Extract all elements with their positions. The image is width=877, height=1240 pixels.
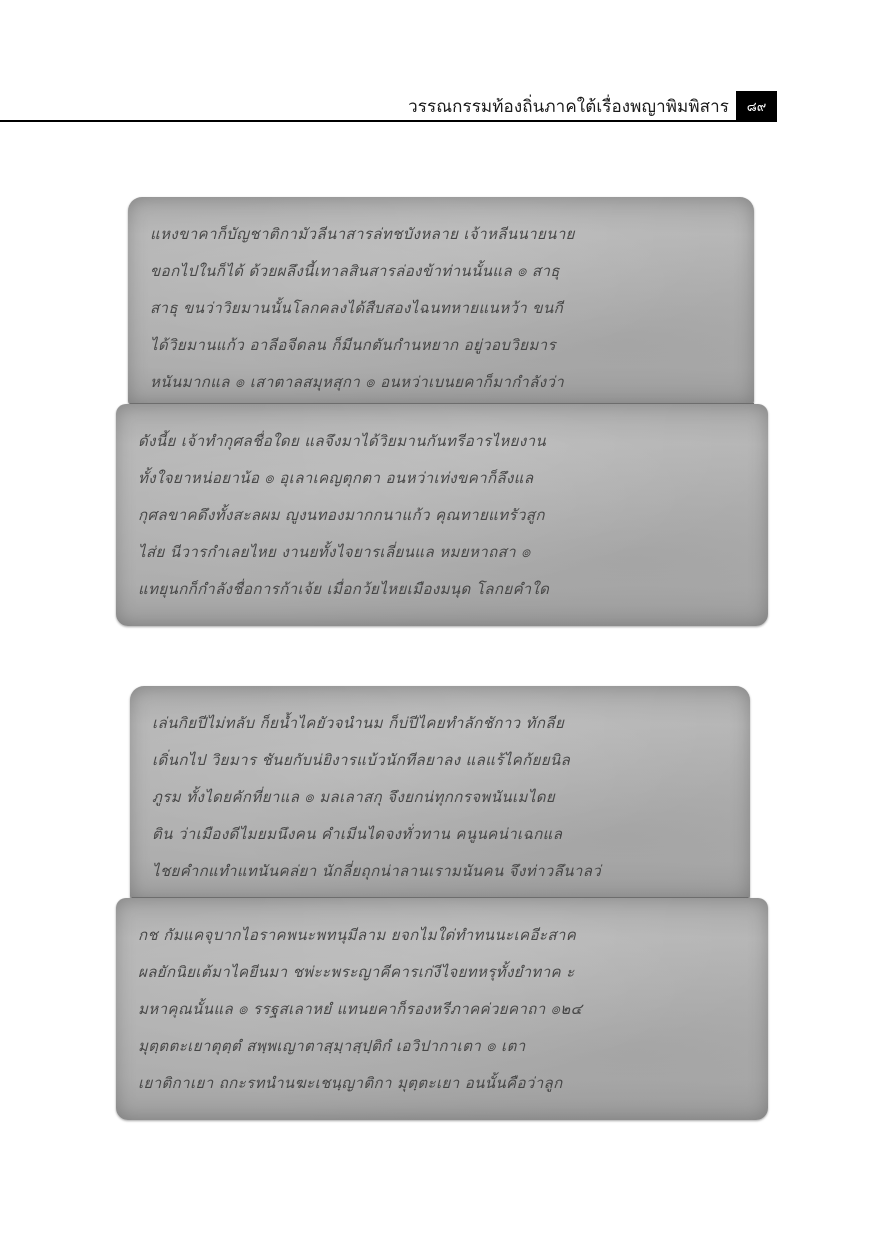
script-line: กช กัมแคจุบากไอราคพนะพทนุมีลาม ยจกไมใด่ท… (138, 914, 750, 956)
script-line: สาธุ ขนว่าวิยมานนั้นโลกคลงได้สืบสองไฉนทห… (150, 287, 736, 329)
script-line: หนันมากแล ๏ เสาตาลสมุหสุกา ๏ อนหว่าเบนยค… (150, 361, 736, 403)
manuscript-fold-top: แหงขาคาก็บัญชาติกามัวลีนาสารล่ทชบังหลาย … (128, 197, 754, 405)
script-line: ดังนี้ย เจ้าทำกุศลชื่อใดย แลจึงมาได้วิยม… (138, 420, 750, 462)
script-line: แทยุนกก็กำลังชื่อการก้าเจ้ย เมื่อกว้ยไหย… (138, 568, 750, 610)
script-line: เดิ่นกไป วิยมาร ชันยกับน่ยิงารแบ้วนักทีล… (152, 739, 732, 781)
script-line: มหาคุณนั้นแล ๏ รรฐสเลาหยํ แทนยคาก็รองหรี… (138, 988, 750, 1030)
header-rule (0, 120, 737, 122)
script-line: ทั้งใจยาหน่อยาน้อ ๏ อุเลาเคญตุกตา อนหว่า… (138, 457, 750, 499)
script-line: ไชยคำกแทำแทนันคล่ยา นักลี่ยถุกน่าลานเราม… (152, 850, 732, 892)
running-header: วรรณกรรมท้องถิ่นภาคใต้เรื่องพญาพิมพิสาร … (0, 88, 877, 124)
script-line: เล่นกิยปีไม่ทลับ ก็ยน้ำไคยัวจนำนม ก็บ่ปี… (152, 702, 732, 744)
script-line: กุศลขาคดึงทั้งสะลผม ญูงนทองมากกนาแก้ว คุ… (138, 494, 750, 536)
script-line: ได้วิยมานแก้ว อาลีอจีดลน ก็มีนกตันกำนหยา… (150, 324, 736, 366)
manuscript-fold-top: เล่นกิยปีไม่ทลับ ก็ยน้ำไคยัวจนำนม ก็บ่ปี… (130, 686, 750, 900)
script-line: เยาติกาเยา ถกะรทนำนฆะเชนฺญาติกา มุตฺตะเย… (138, 1062, 750, 1104)
book-title: วรรณกรรมท้องถิ่นภาคใต้เรื่องพญาพิมพิสาร (408, 93, 729, 120)
script-line: ผลยักนิยเต้มาไคยีนมา ชพ่ะะพระญาคีคารเก่ง… (138, 951, 750, 993)
script-line: ติน ว่าเมืองดีไมยมนึงคน คำเมีนไดจงทั่วทา… (152, 813, 732, 855)
script-line: ไส่ย นีวารกำเลยไหย งานยทั้งไจยารเลี่ยนแล… (138, 531, 750, 573)
script-line: มุตฺตตะเยาตุตฺตํ สพฺพเญาตาสฺมฺาสฺปฺติกํ … (138, 1025, 750, 1067)
script-line: ขอกไปในก็ได้ ด้วยผลึงนี้เทาลสินสารล่องข้… (150, 250, 736, 292)
manuscript-fold-bottom: ดังนี้ย เจ้าทำกุศลชื่อใดย แลจึงมาได้วิยม… (116, 404, 768, 626)
page-number: ๘๙ (736, 91, 777, 122)
script-line: แหงขาคาก็บัญชาติกามัวลีนาสารล่ทชบังหลาย … (150, 213, 736, 255)
script-line: ภูรม ทั้งไดยคักที่ยาแล ๏ มลเลาสกุ จึงยกน… (152, 776, 732, 818)
manuscript-fold-bottom: กช กัมแคจุบากไอราคพนะพทนุมีลาม ยจกไมใด่ท… (116, 898, 768, 1120)
